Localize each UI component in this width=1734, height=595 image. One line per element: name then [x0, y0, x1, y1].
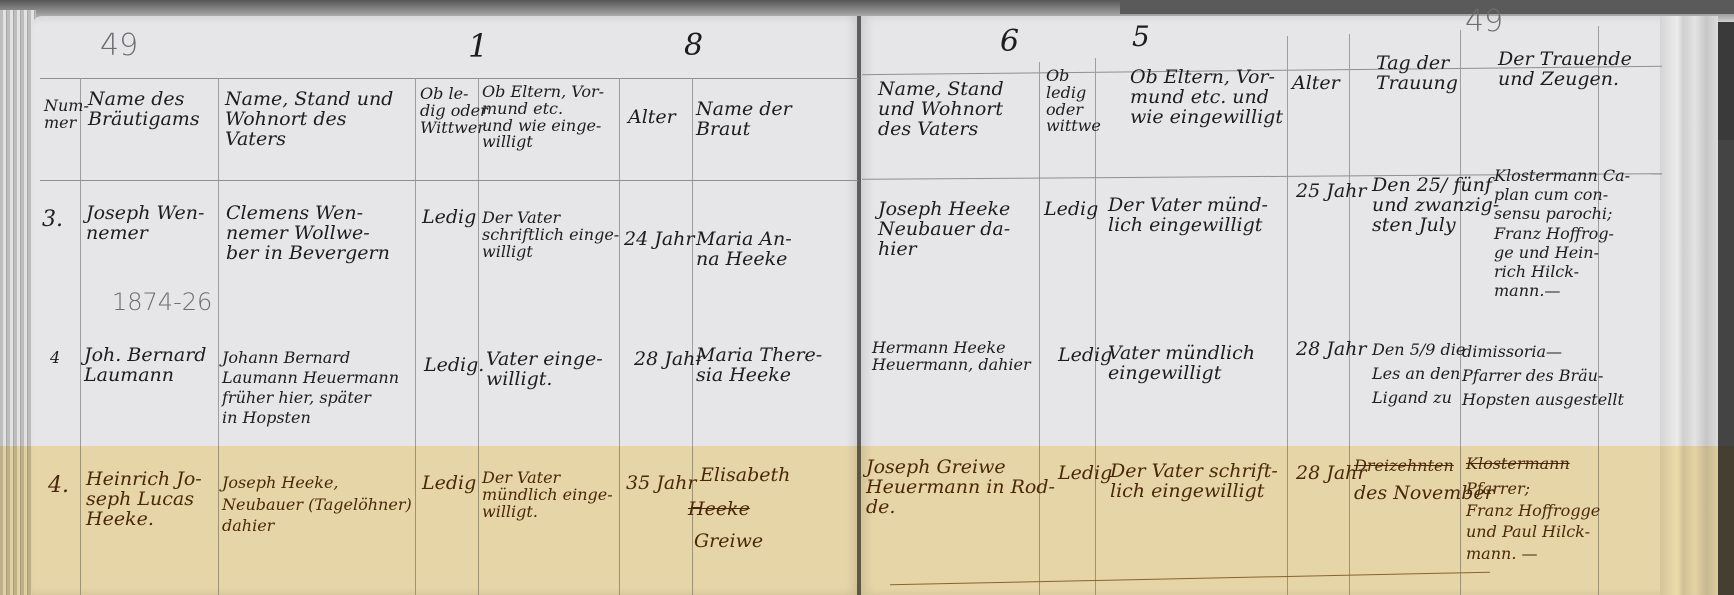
- highlighted-row-band: [0, 446, 1734, 595]
- row1-groom: Joseph Wen- nemer: [86, 204, 204, 244]
- row1-officiant-witnesses: Klostermann Ca- plan cum con- sensu paro…: [1494, 166, 1630, 300]
- header-groom-father: Name, Stand und Wohnort des Vaters: [225, 90, 393, 150]
- row1-groom-age: 24 Jahr: [624, 230, 694, 250]
- row1-number: 3.: [42, 208, 63, 231]
- row2-number: 4: [50, 350, 60, 367]
- page-number-left: 49: [100, 30, 138, 62]
- header-bride-age: Alter: [1292, 74, 1340, 94]
- column-number-1: 1: [468, 30, 488, 64]
- column-number-8: 8: [684, 30, 703, 62]
- row1-bride: Maria An- na Heeke: [696, 230, 792, 270]
- row1-bride-age: 25 Jahr: [1296, 182, 1366, 202]
- page-number-right: 49: [1465, 6, 1503, 38]
- header-number: Num- mer: [44, 98, 89, 132]
- header-marriage-date: Tag der Trauung: [1376, 54, 1458, 94]
- row2-groom-status: Ledig.: [424, 356, 484, 376]
- row2-bride-status: Ledig: [1058, 346, 1112, 366]
- row2-marriage-date: Den 5/9 die Les an den Ligand zu: [1372, 338, 1465, 410]
- row1-groom-status: Ledig: [422, 208, 476, 228]
- row2-groom-father: Johann Bernard Laumann Heuermann früher …: [222, 348, 399, 428]
- row2-bride-age: 28 Jahr: [1296, 340, 1366, 360]
- row2-groom: Joh. Bernard Laumann: [84, 346, 206, 386]
- row2-officiant-witnesses: dimissoria— Pfarrer des Bräu- Hopsten au…: [1462, 340, 1624, 412]
- header-bride-name: Name der Braut: [696, 100, 792, 140]
- header-officiant-witnesses: Der Trauende und Zeugen.: [1498, 50, 1632, 90]
- header-groom-consent: Ob Eltern, Vor- mund etc. und wie einge-…: [482, 84, 604, 151]
- column-number-6: 6: [1000, 26, 1019, 58]
- header-rule-left: [40, 78, 858, 79]
- header-groom-name: Name des Bräutigams: [88, 90, 200, 130]
- row2-bride-father: Hermann Heeke Heuermann, dahier: [872, 340, 1031, 374]
- column-number-5: 5: [1132, 22, 1150, 51]
- row1-bride-consent: Der Vater münd- lich eingewilligt: [1108, 196, 1268, 236]
- row1-archive-ref: 1874-26: [112, 290, 212, 315]
- header-bride-father: Name, Stand und Wohnort des Vaters: [878, 80, 1004, 140]
- row2-groom-age: 28 Jahr: [634, 350, 704, 370]
- header-groom-age: Alter: [628, 108, 676, 128]
- header-groom-marital-status: Ob le- dig oder Wittwer: [420, 86, 488, 136]
- row-rule: [40, 180, 858, 181]
- header-bride-marital-status: Ob ledig oder wittwe: [1046, 68, 1101, 135]
- row2-bride: Maria There- sia Heeke: [696, 346, 822, 386]
- row1-groom-father: Clemens Wen- nemer Wollwe- ber in Beverg…: [226, 204, 390, 264]
- row1-groom-consent: Der Vater schriftlich einge- willigt: [482, 210, 619, 260]
- row2-groom-consent: Vater einge- willigt.: [486, 350, 603, 390]
- header-bride-consent: Ob Eltern, Vor- mund etc. und wie eingew…: [1130, 68, 1283, 128]
- row1-bride-status: Ledig: [1044, 200, 1098, 220]
- row1-bride-father: Joseph Heeke Neubauer da- hier: [878, 200, 1010, 260]
- row2-bride-consent: Vater mündlich eingewilligt: [1108, 344, 1255, 384]
- row1-marriage-date: Den 25/ fünf und zwanzig- sten July: [1372, 176, 1499, 236]
